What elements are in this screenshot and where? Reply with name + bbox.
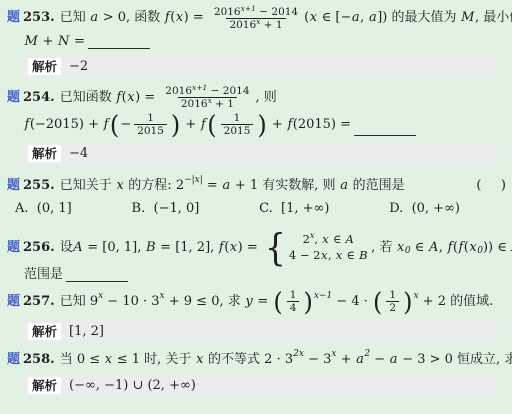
math-seg: 已知: [60, 10, 90, 26]
math-seg: 2016: [229, 19, 256, 31]
math-seg: (−∞, −1) ∪ (2, +∞): [69, 378, 196, 393]
math-seg: − 3: [304, 352, 331, 368]
math-seg: x+1: [192, 84, 207, 93]
problem-statement: 已知函数 f(x) = 2016x+1 − 20142016x + 1, 则: [60, 85, 506, 110]
math-seg: D. (0, +∞): [389, 201, 460, 217]
math-seg: (: [207, 112, 216, 137]
math-seg: 1: [290, 289, 297, 301]
math-seg: x: [309, 10, 317, 26]
math-seg: ) =: [238, 240, 262, 256]
math-seg: 已知函数: [60, 90, 116, 106]
math-seg: A: [345, 232, 354, 248]
math-seg: , 若: [371, 240, 396, 256]
math-seg: x: [196, 352, 204, 368]
math-seg: 2016: [214, 6, 241, 18]
math-seg: [66, 269, 128, 282]
math-seg: 2015: [221, 124, 254, 137]
math-seg: x: [98, 291, 103, 302]
math-seg: x: [208, 97, 212, 106]
math-seg: , 最小值为: [475, 10, 512, 26]
math-seg: 1: [147, 112, 154, 124]
problem-statement: 已知关于 x 的方程: 2−|x| = a + 1 有实数解, 则 a 的范围是…: [60, 178, 506, 194]
math-seg: B: [145, 240, 156, 256]
math-seg: C. [1, +∞): [259, 201, 329, 217]
math-seg: 0: [405, 246, 411, 257]
math-seg: + 1: [212, 98, 234, 110]
math-seg: x+1: [241, 5, 256, 14]
math-seg: x: [413, 291, 418, 302]
problem-255-line-1: 题 255. 已知关于 x 的方程: 2−|x| = a + 1 有实数解, 则…: [7, 177, 506, 194]
math-seg: (−2015) +: [30, 117, 103, 133]
math-seg: = [1, 2],: [156, 240, 218, 256]
problem-253: 题 253. 已知 a > 0, 函数 f(x) = 2016x+1 − 201…: [7, 6, 506, 77]
problem-number: 257.: [23, 294, 55, 310]
math-seg: 0: [477, 246, 483, 257]
math-seg: ) =: [135, 90, 159, 106]
math-seg: ∈ [−: [318, 10, 352, 26]
math-seg: 1: [287, 289, 300, 301]
problem-number: 255.: [23, 178, 55, 194]
math-seg: a: [389, 352, 398, 368]
math-seg: =: [203, 178, 222, 194]
math-seg: 4 − 2: [289, 248, 321, 264]
math-seg: 2015: [224, 125, 251, 137]
problem-number: 256.: [23, 240, 55, 256]
math-seg: x: [116, 178, 124, 194]
analysis-row-254: 解析 −4: [22, 143, 498, 164]
problem-258: 题 258. 当 0 ≤ x ≤ 1 时, 关于 x 的不等式 2 · 32x …: [7, 352, 506, 396]
math-seg: [1, 2]: [69, 324, 104, 339]
math-seg: 2x, x ∈ A: [303, 232, 355, 248]
math-seg: A: [73, 240, 83, 256]
math-seg: 的方程: 2: [124, 178, 184, 194]
analysis-answer: [1, 2]: [69, 324, 104, 339]
problem-255-options: A. (0, 1]B. (−1, 0]C. [1, +∞)D. (0, +∞): [15, 200, 506, 217]
math-seg: 2016x + 1: [178, 97, 237, 110]
math-seg: 2x, x ∈ A4 − 2x, x ∈ B: [289, 232, 368, 263]
math-seg: 2: [389, 302, 396, 314]
math-seg: x: [104, 352, 112, 368]
math-seg: 1: [386, 289, 399, 301]
math-seg: (2015) =: [293, 117, 351, 133]
analysis-answer: (−∞, −1) ∪ (2, +∞): [69, 378, 196, 393]
math-seg: (: [273, 289, 282, 314]
math-seg: −4: [69, 146, 88, 161]
math-seg: a: [340, 178, 349, 194]
math-seg: )) ∈: [483, 240, 511, 256]
problem-tag: 题: [7, 178, 20, 194]
math-seg: + 1 有实数解, 则: [231, 178, 340, 194]
problem-tag: 题: [7, 10, 20, 26]
math-seg: y: [245, 294, 253, 310]
math-seg: 12015: [221, 112, 254, 137]
problem-257-line-1: 题 257. 已知 9x − 10 · 3x + 9 ≤ 0, 求 y = (1…: [7, 289, 506, 314]
math-seg: a: [368, 10, 377, 26]
math-seg: x: [256, 18, 260, 27]
problem-tag: 题: [7, 240, 20, 256]
math-seg: 2015: [134, 124, 167, 137]
problem-254: 题 254. 已知函数 f(x) = 2016x+1 − 20142016x +…: [7, 85, 506, 164]
math-seg: 2016: [165, 85, 192, 97]
math-seg: =: [70, 34, 85, 50]
math-seg: f: [200, 117, 206, 133]
math-seg: 已知关于: [60, 178, 116, 194]
math-seg: ∈: [343, 248, 359, 264]
analysis-row-258: 解析 (−∞, −1) ∪ (2, +∞): [22, 375, 498, 396]
math-seg: A. (0, 1]: [15, 201, 72, 217]
math-seg: 1: [231, 112, 244, 124]
problem-tag: 题: [7, 90, 20, 106]
math-seg: 的不等式 2 · 3: [204, 352, 293, 368]
math-seg: 2016: [181, 98, 208, 110]
math-seg: ): [303, 289, 312, 314]
math-seg: 2x: [293, 349, 304, 360]
math-seg: 范围是: [24, 267, 63, 283]
problem-tag: 题: [7, 294, 20, 310]
math-seg: [354, 123, 416, 136]
math-seg: +: [38, 34, 57, 50]
math-seg: ( ): [476, 178, 506, 194]
problem-253-line-2: M + N =: [24, 33, 506, 50]
math-seg: 1: [389, 289, 396, 301]
problem-number: 258.: [23, 352, 55, 368]
math-seg: [88, 36, 150, 49]
math-seg: 2015: [137, 125, 164, 137]
math-seg: (: [373, 289, 382, 314]
math-seg: 的范围是: [348, 178, 404, 194]
math-seg: 2016x+1 − 20142016x + 1: [211, 6, 301, 31]
math-seg: −: [120, 117, 131, 133]
math-seg: 4 − 2x, x ∈ B: [289, 248, 368, 264]
math-seg: ,: [439, 240, 447, 256]
math-seg: +: [181, 117, 200, 133]
problem-258-line-1: 题 258. 当 0 ≤ x ≤ 1 时, 关于 x 的不等式 2 · 32x …: [7, 352, 506, 369]
math-seg: =: [253, 294, 272, 310]
math-seg: ,: [314, 232, 321, 248]
math-seg: N: [57, 34, 69, 50]
math-seg: x: [331, 349, 336, 360]
math-seg: 1: [144, 112, 157, 124]
math-seg: x: [469, 240, 477, 256]
math-seg: 2: [386, 301, 399, 314]
math-seg: −: [370, 352, 389, 368]
math-seg: 2: [364, 349, 370, 360]
math-seg: x: [335, 248, 343, 264]
math-seg: + 2 的值域.: [419, 294, 494, 310]
math-seg: + 9 ≤ 0, 求: [165, 294, 245, 310]
math-seg: ∈: [411, 240, 429, 256]
math-seg: −|x|: [184, 175, 203, 186]
math-seg: − 3 > 0 恒成立, 求: [398, 352, 512, 368]
math-seg: , 则: [256, 90, 277, 106]
math-seg: > 0, 函数: [99, 10, 165, 26]
math-seg: x: [127, 90, 135, 106]
math-seg: +: [268, 117, 287, 133]
math-seg: ,: [328, 248, 335, 264]
math-seg: −2: [69, 59, 88, 74]
math-seg: ∈: [329, 232, 345, 248]
math-seg: + 1: [260, 19, 282, 31]
analysis-answer: −2: [69, 59, 88, 74]
page: { "theme": { "page_bg": "#e1f1e3", "answ…: [0, 0, 512, 414]
analysis-row-257: 解析 [1, 2]: [22, 321, 498, 342]
problem-statement: 已知 a > 0, 函数 f(x) = 2016x+1 − 20142016x …: [60, 6, 506, 31]
math-seg: ,: [360, 10, 368, 26]
analysis-answer: −4: [69, 146, 88, 161]
math-seg: − 4 ·: [332, 294, 372, 310]
problem-number: 253.: [23, 10, 55, 26]
math-seg: {: [265, 229, 286, 266]
math-seg: a: [351, 10, 360, 26]
math-seg: 设: [60, 240, 73, 256]
problem-256: 题 256. 设A = [0, 1], B = [1, 2], f(x) = {…: [7, 231, 506, 283]
math-seg: f: [103, 117, 109, 133]
problem-tag: 题: [7, 352, 20, 368]
math-seg: ): [171, 112, 180, 137]
problem-257: 题 257. 已知 9x − 10 · 3x + 9 ≤ 0, 求 y = (1…: [7, 289, 506, 341]
math-seg: a: [90, 10, 99, 26]
math-seg: x: [310, 231, 315, 242]
problem-number: 254.: [23, 90, 55, 106]
math-seg: B. (−1, 0]: [132, 201, 200, 217]
math-seg: − 2014: [207, 85, 249, 97]
math-seg: B: [359, 248, 368, 264]
problem-statement: 已知 9x − 10 · 3x + 9 ≤ 0, 求 y = (14)x−1 −…: [60, 289, 506, 314]
math-seg: 已知 9: [60, 294, 98, 310]
math-seg: 1: [234, 112, 241, 124]
math-seg: 4: [290, 302, 297, 314]
math-seg: 12015: [134, 112, 167, 137]
math-seg: {2x, x ∈ A4 − 2x, x ∈ B: [265, 231, 368, 264]
math-seg: (: [110, 112, 119, 137]
math-seg: 4: [287, 301, 300, 314]
math-seg: x: [320, 248, 328, 264]
math-seg: − 10 · 3: [103, 294, 159, 310]
problem-254-line-1: 题 254. 已知函数 f(x) = 2016x+1 − 20142016x +…: [7, 85, 506, 110]
math-seg: M: [24, 34, 38, 50]
math-seg: x: [396, 240, 404, 256]
math-seg: x: [175, 10, 183, 26]
analysis-row-253: 解析 −2: [22, 56, 498, 77]
problem-255: 题 255. 已知关于 x 的方程: 2−|x| = a + 1 有实数解, 则…: [7, 177, 506, 217]
math-seg: 2016x+1 − 20142016x + 1: [162, 85, 252, 110]
analysis-badge: 解析: [28, 145, 61, 162]
math-seg: M: [461, 10, 475, 26]
math-seg: +: [336, 352, 355, 368]
problem-256-line-1: 题 256. 设A = [0, 1], B = [1, 2], f(x) = {…: [7, 231, 506, 264]
analysis-badge: 解析: [28, 58, 61, 75]
problem-statement: 当 0 ≤ x ≤ 1 时, 关于 x 的不等式 2 · 32x − 3x + …: [60, 352, 506, 368]
math-seg: 12: [386, 289, 399, 314]
problem-statement: 设A = [0, 1], B = [1, 2], f(x) = {2x, x ∈…: [60, 231, 506, 264]
math-seg: 当 0 ≤: [60, 352, 105, 368]
math-seg: 2016x + 1: [226, 18, 285, 31]
math-seg: A: [428, 240, 438, 256]
math-seg: a: [222, 178, 231, 194]
math-seg: x: [229, 240, 237, 256]
problem-253-line-1: 题 253. 已知 a > 0, 函数 f(x) = 2016x+1 − 201…: [7, 6, 506, 31]
math-seg: ]) 的最大值为: [377, 10, 460, 26]
math-seg: 14: [287, 289, 300, 314]
problem-254-line-2: f(−2015) + f(−12015) + f(12015) + f(2015…: [24, 112, 506, 137]
math-seg: x: [322, 232, 330, 248]
math-seg: − 2014: [256, 6, 298, 18]
math-seg: 2: [303, 232, 310, 248]
math-seg: = [0, 1],: [83, 240, 145, 256]
analysis-badge: 解析: [28, 377, 61, 394]
math-seg: a: [356, 352, 365, 368]
analysis-badge: 解析: [28, 323, 61, 340]
math-seg: x: [160, 291, 165, 302]
math-seg: ) =: [184, 10, 208, 26]
math-seg: ): [403, 289, 412, 314]
math-seg: ): [257, 112, 266, 137]
math-seg: ≤ 1 时, 关于: [113, 352, 196, 368]
math-seg: x−1: [314, 291, 332, 302]
